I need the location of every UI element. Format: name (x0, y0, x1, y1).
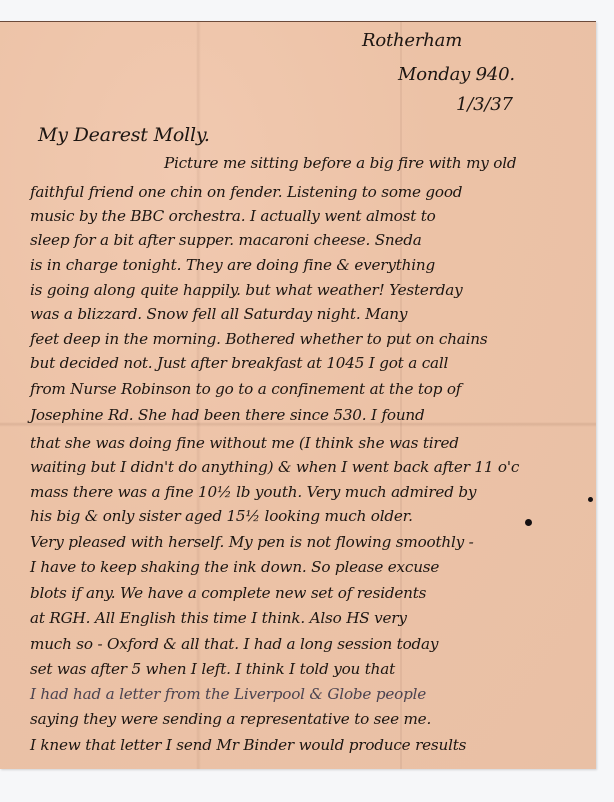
body-line: that she was doing fine without me (I th… (30, 434, 459, 452)
header-day-time: Monday 940. (398, 64, 515, 85)
ink-blot (588, 497, 593, 502)
body-line: mass there was a fine 10½ lb youth. Very… (30, 483, 476, 501)
body-line: at RGH. All English this time I think. A… (30, 609, 407, 627)
body-line: I have to keep shaking the ink down. So … (30, 558, 439, 576)
body-line: I knew that letter I send Mr Binder woul… (30, 736, 466, 754)
body-line: Josephine Rd. She had been there since 5… (30, 406, 425, 424)
body-line: I had had a letter from the Liverpool & … (30, 685, 426, 703)
body-line: was a blizzard. Snow fell all Saturday n… (30, 305, 407, 323)
body-line: music by the BBC orchestra. I actually w… (30, 207, 436, 225)
body-line: blots if any. We have a complete new set… (30, 584, 426, 602)
body-line: from Nurse Robinson to go to a confineme… (30, 380, 461, 398)
header-place: Rotherham (362, 30, 462, 51)
body-line: but decided not. Just after breakfast at… (30, 354, 448, 372)
body-line: feet deep in the morning. Bothered wheth… (30, 330, 488, 348)
header-date: 1/3/37 (456, 94, 513, 115)
body-line: Picture me sitting before a big fire wit… (164, 154, 516, 172)
body-line: waiting but I didn't do anything) & when… (30, 458, 519, 476)
body-line: is in charge tonight. They are doing fin… (30, 256, 435, 274)
body-line: is going along quite happily. but what w… (30, 281, 463, 299)
body-line: saying they were sending a representativ… (30, 710, 431, 728)
salutation: My Dearest Molly. (38, 124, 210, 146)
body-line: much so - Oxford & all that. I had a lon… (30, 635, 438, 653)
body-line: faithful friend one chin on fender. List… (30, 183, 462, 201)
body-line: his big & only sister aged 15½ looking m… (30, 507, 413, 525)
body-line: sleep for a bit after supper. macaroni c… (30, 231, 422, 249)
ink-blot (525, 519, 532, 526)
body-line: Very pleased with herself. My pen is not… (30, 533, 474, 551)
body-line: set was after 5 when I left. I think I t… (30, 660, 395, 678)
